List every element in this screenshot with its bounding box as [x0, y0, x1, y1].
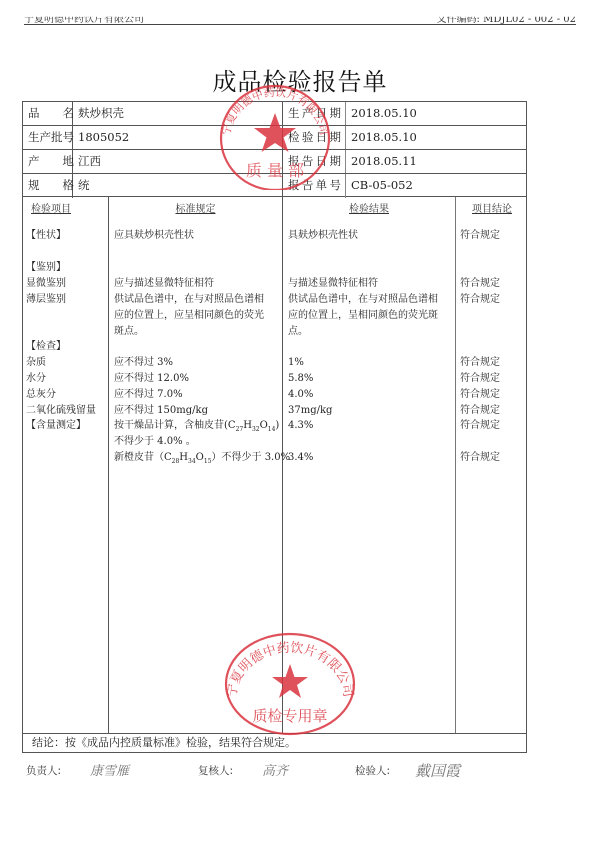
- conc-sulfur-dioxide: 符合规定: [460, 403, 500, 419]
- label-batch-number: 生产批号: [23, 126, 73, 149]
- value-report-number: CB-05-052: [346, 174, 528, 198]
- info-row-spec: 规 格 统 报告单号 CB-05-052: [23, 174, 526, 198]
- res-appearance: 具麸炒枳壳性状: [288, 228, 358, 244]
- value-specification: 统: [73, 174, 283, 198]
- item-inspection: 【检查】: [26, 339, 66, 355]
- company-name: 宁夏明德中药饮片有限公司: [24, 10, 144, 25]
- std-assay-naringin-limit: 不得少于 4.0% 。: [114, 434, 196, 450]
- res-tlc-line3: 点。: [288, 324, 308, 340]
- document-code: 文件编码: MDJL02 - 002 - 02: [437, 10, 576, 25]
- reviewer-signature: 高齐: [262, 760, 288, 779]
- report-title: 成品检验报告单: [0, 62, 600, 97]
- product-info-table: 品 名 麸炒枳壳 生产日期 2018.05.10 生产批号 1805052 检验…: [22, 101, 527, 197]
- reviewer-label: 复核人:: [198, 763, 233, 778]
- info-row-origin: 产 地 江西 报告日期 2018.05.11: [23, 150, 526, 174]
- item-microscopic: 显微鉴别: [26, 276, 66, 292]
- conc-impurity: 符合规定: [460, 355, 500, 371]
- overall-conclusion: 结论：按《成品内控质量标准》检验，结果符合规定。: [22, 733, 527, 753]
- std-tlc-line3: 斑点。: [114, 324, 144, 340]
- value-inspection-date: 2018.05.10: [346, 126, 528, 149]
- label-report-number: 报告单号: [283, 174, 346, 198]
- label-specification: 规 格: [23, 174, 73, 198]
- header-conclusion: 项目结论: [456, 200, 528, 215]
- responsible-signature: 康雪雁: [90, 760, 129, 779]
- item-total-ash: 总灰分: [26, 387, 56, 403]
- std-sulfur-dioxide: 应不得过 150mg/kg: [114, 403, 208, 419]
- res-assay-naringin: 4.3%: [288, 418, 313, 434]
- label-production-date: 生产日期: [283, 102, 346, 125]
- conc-assay-neohesperidin: 符合规定: [460, 450, 500, 466]
- value-report-date: 2018.05.11: [346, 150, 528, 173]
- item-impurity: 杂质: [26, 355, 46, 371]
- item-appearance: 【性状】: [26, 228, 66, 244]
- column-standard: 标准规定 应具麸炒枳壳性状 应与描述显微特征相符 供试品色谱中，在与对照品色谱相…: [109, 197, 283, 733]
- res-impurity: 1%: [288, 355, 304, 371]
- item-sulfur-dioxide: 二氧化硫残留量: [26, 403, 96, 419]
- header-result: 检验结果: [283, 200, 455, 215]
- conc-tlc: 符合规定: [460, 292, 500, 308]
- column-result: 检验结果 具麸炒枳壳性状 与描述显微特征相符 供试品色谱中，在与对照品色谱相 应…: [283, 197, 456, 733]
- inspector-signature: 戴国霞: [415, 760, 460, 781]
- inspection-results-table: 检验项目 【性状】 【鉴别】 显微鉴别 薄层鉴别 【检查】 杂质 水分 总灰分 …: [22, 197, 527, 734]
- res-microscopic: 与描述显微特征相符: [288, 276, 378, 292]
- res-moisture: 5.8%: [288, 371, 313, 387]
- responsible-label: 负责人:: [26, 763, 61, 778]
- info-row-product-name: 品 名 麸炒枳壳 生产日期 2018.05.10: [23, 102, 526, 126]
- res-tlc-line1: 供试品色谱中，在与对照品色谱相: [288, 292, 438, 308]
- conc-appearance: 符合规定: [460, 228, 500, 244]
- page-header: 宁夏明德中药饮片有限公司 文件编码: MDJL02 - 002 - 02: [24, 24, 576, 25]
- header-standard: 标准规定: [109, 200, 282, 215]
- column-conclusion: 项目结论 符合规定 符合规定 符合规定 符合规定 符合规定 符合规定 符合规定 …: [456, 197, 528, 733]
- res-assay-neohesperidin: 3.4%: [288, 450, 313, 466]
- value-production-date: 2018.05.10: [346, 102, 528, 125]
- label-report-date: 报告日期: [283, 150, 346, 173]
- conc-assay-naringin: 符合规定: [460, 418, 500, 434]
- info-row-batch: 生产批号 1805052 检验日期 2018.05.10: [23, 126, 526, 150]
- conc-total-ash: 符合规定: [460, 387, 500, 403]
- res-total-ash: 4.0%: [288, 387, 313, 403]
- value-product-name: 麸炒枳壳: [73, 102, 283, 125]
- column-test-item: 检验项目 【性状】 【鉴别】 显微鉴别 薄层鉴别 【检查】 杂质 水分 总灰分 …: [23, 197, 109, 733]
- std-total-ash: 应不得过 7.0%: [114, 387, 183, 403]
- label-origin: 产 地: [23, 150, 73, 173]
- std-microscopic: 应与描述显微特征相符: [114, 276, 214, 292]
- label-product-name: 品 名: [23, 102, 73, 125]
- item-moisture: 水分: [26, 371, 46, 387]
- std-assay-neohesperidin: 新橙皮苷（C28H34O15）不得少于 3.0%: [114, 450, 290, 470]
- res-tlc-line2: 应的位置上，呈相同颜色的荧光斑: [288, 308, 438, 324]
- inspector-label: 检验人:: [355, 763, 390, 778]
- item-tlc: 薄层鉴别: [26, 292, 66, 308]
- std-moisture: 应不得过 12.0%: [114, 371, 189, 387]
- label-inspection-date: 检验日期: [283, 126, 346, 149]
- std-impurity: 应不得过 3%: [114, 355, 173, 371]
- res-sulfur-dioxide: 37mg/kg: [288, 403, 332, 419]
- item-identification: 【鉴别】: [26, 260, 66, 276]
- value-batch-number: 1805052: [73, 126, 283, 149]
- item-assay: 【含量测定】: [26, 418, 86, 434]
- value-origin: 江西: [73, 150, 283, 173]
- header-test-item: 检验项目: [23, 200, 108, 215]
- std-tlc-line2: 应的位置上，应呈相同颜色的荧光: [114, 308, 264, 324]
- conc-microscopic: 符合规定: [460, 276, 500, 292]
- conc-moisture: 符合规定: [460, 371, 500, 387]
- std-appearance: 应具麸炒枳壳性状: [114, 228, 194, 244]
- std-tlc-line1: 供试品色谱中，在与对照品色谱相: [114, 292, 264, 308]
